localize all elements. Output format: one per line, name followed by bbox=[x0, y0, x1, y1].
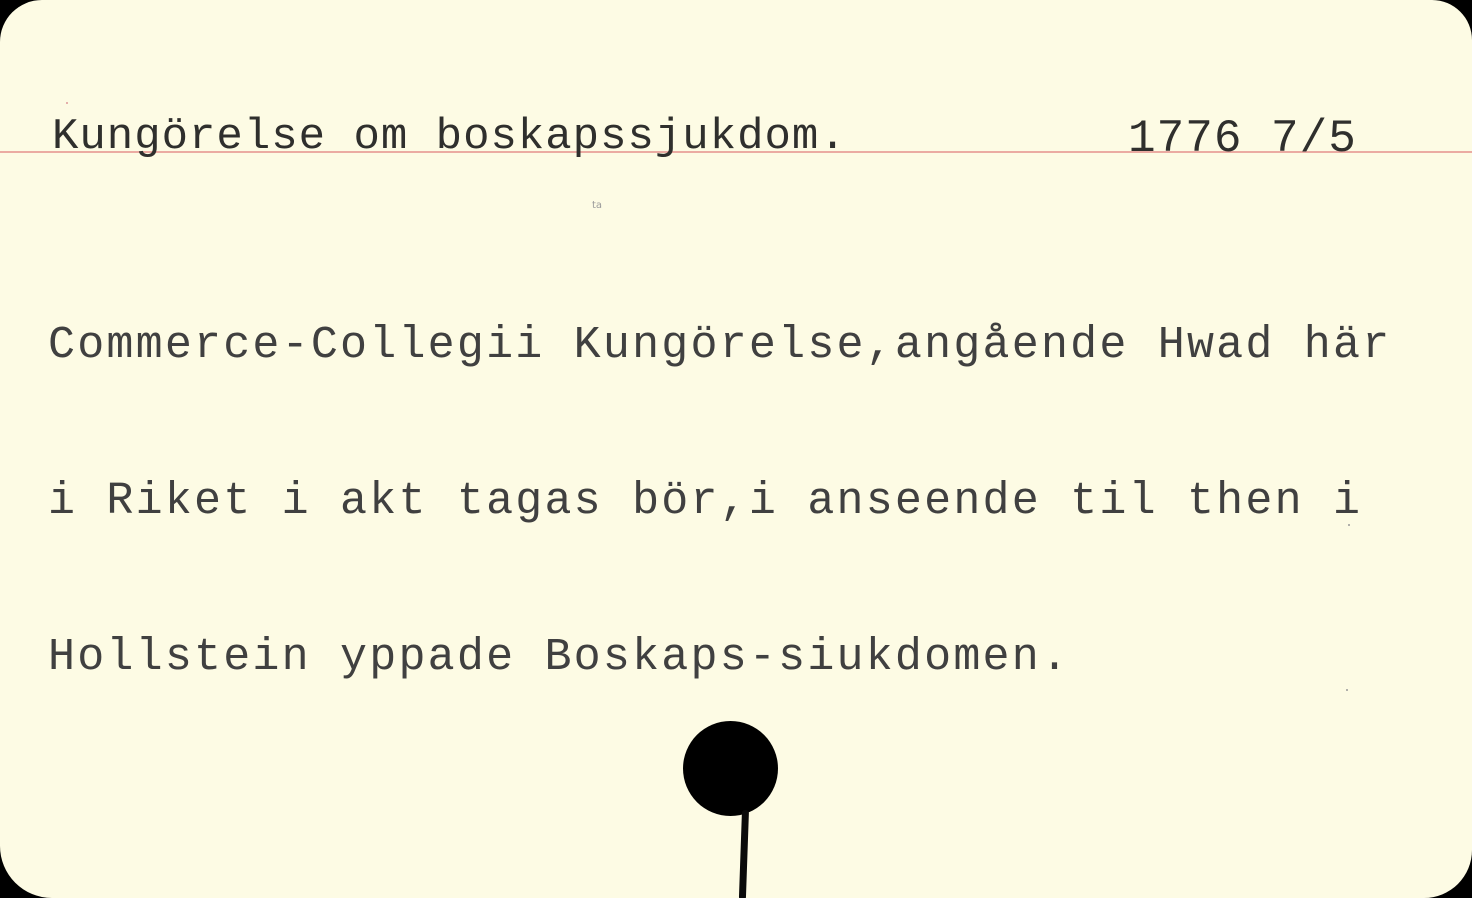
handwritten-annotation: ta bbox=[592, 200, 602, 211]
body-line: i Riket i akt tagas bör,i anseende til t… bbox=[48, 476, 1391, 528]
binding-string bbox=[739, 810, 749, 898]
paper-speck bbox=[1346, 689, 1348, 691]
paper-speck bbox=[1348, 524, 1350, 526]
body-line: Hollstein yppade Boskaps-siukdomen. bbox=[48, 632, 1391, 684]
card-body: Commerce-Collegii Kungörelse,angående Hw… bbox=[48, 216, 1391, 788]
card-heading: Kungörelse om boskapssjukdom. bbox=[52, 112, 847, 162]
body-line: Commerce-Collegii Kungörelse,angående Hw… bbox=[48, 320, 1391, 372]
catalog-card: Kungörelse om boskapssjukdom. 1776 7/5 t… bbox=[0, 0, 1472, 898]
card-date: 1776 7/5 bbox=[1128, 112, 1357, 166]
paper-speck bbox=[66, 102, 68, 104]
punch-hole-icon bbox=[683, 721, 778, 816]
